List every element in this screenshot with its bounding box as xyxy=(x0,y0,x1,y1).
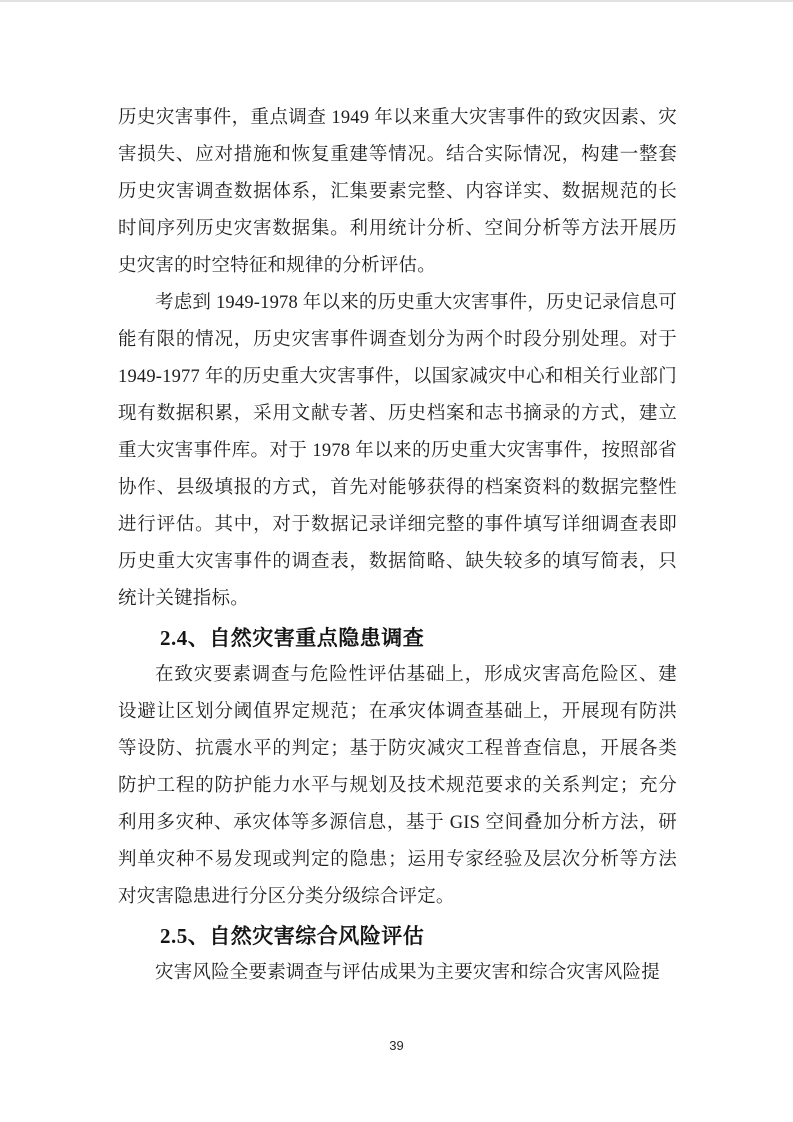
paragraph-history-events-continued: 历史灾害事件，重点调查 1949 年以来重大灾害事件的致灾因素、灾害损失、应对措… xyxy=(118,100,677,285)
paragraph-risk-assessment-intro: 灾害风险全要素调查与评估成果为主要灾害和综合灾害风险提 xyxy=(118,955,677,992)
scan-top-edge xyxy=(0,0,793,2)
page-number: 39 xyxy=(0,1038,793,1053)
section-heading-2-5-comprehensive-risk-assessment: 2.5、自然灾害综合风险评估 xyxy=(118,918,677,955)
paragraph-two-time-periods: 考虑到 1949-1978 年以来的历史重大灾害事件，历史记录信息可能有限的情况… xyxy=(118,285,677,618)
paragraph-hidden-danger-survey-body: 在致灾要素调查与危险性评估基础上，形成灾害高危险区、建设避让区划分阈值界定规范；… xyxy=(118,657,677,916)
text-block: 历史灾害事件，重点调查 1949 年以来重大灾害事件的致灾因素、灾害损失、应对措… xyxy=(118,100,677,992)
section-heading-2-4-hidden-danger-survey: 2.4、自然灾害重点隐患调查 xyxy=(118,620,677,657)
document-page: 历史灾害事件，重点调查 1949 年以来重大灾害事件的致灾因素、灾害损失、应对措… xyxy=(0,0,793,1122)
